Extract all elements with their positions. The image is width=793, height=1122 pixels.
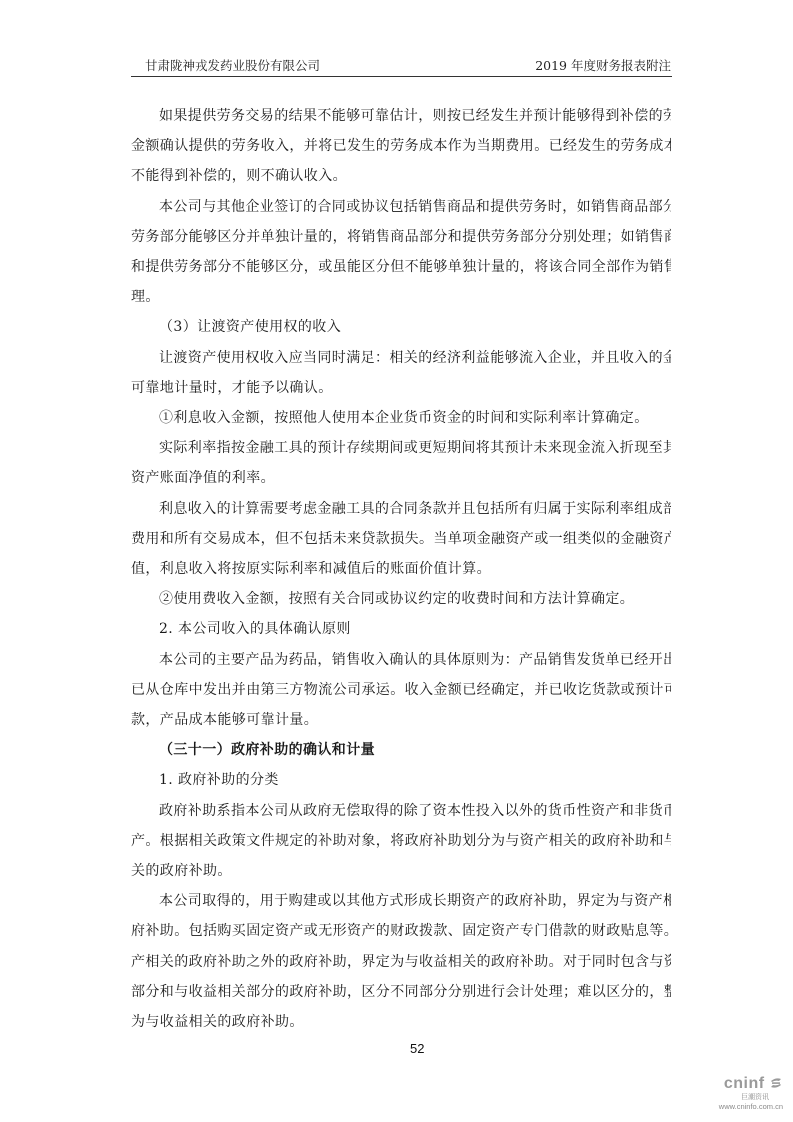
- text-line: 部分和与收益相关部分的政府补助，区分不同部分分别进行会计处理；难以区分的，整体归…: [131, 977, 671, 1007]
- logo-brand: cninf: [724, 1075, 765, 1092]
- paragraph: （3）让渡资产使用权的收入: [131, 312, 671, 342]
- cninfo-swirl-icon: [769, 1077, 783, 1089]
- text-line: 政府补助系指本公司从政府无偿取得的除了资本性投入以外的货币性资产和非货币性资: [131, 796, 671, 826]
- header-divider: [131, 76, 672, 77]
- paragraph: 实际利率指按金融工具的预计存续期间或更短期间将其预计未来现金流入折现至其金融资产…: [131, 433, 671, 493]
- text-line: （3）让渡资产使用权的收入: [131, 312, 671, 342]
- text-line: 资产账面净值的利率。: [131, 463, 671, 493]
- text-line: 可靠地计量时，才能予以确认。: [131, 373, 671, 403]
- text-line: 费用和所有交易成本，但不包括未来贷款损失。当单项金融资产或一组类似的金融资产发生…: [131, 524, 671, 554]
- paragraph: 本公司的主要产品为药品，销售收入确认的具体原则为：产品销售发货单已经开出，货物已…: [131, 645, 671, 736]
- text-line: ②使用费收入金额，按照有关合同或协议约定的收费时间和方法计算确定。: [131, 584, 671, 614]
- text-line: 关的政府补助。: [131, 856, 671, 886]
- text-line: ①利息收入金额，按照他人使用本企业货币资金的时间和实际利率计算确定。: [131, 403, 671, 433]
- text-line: 值，利息收入将按原实际利率和减值后的账面价值计算。: [131, 554, 671, 584]
- logo-chinese-name: 巨潮资讯: [719, 1093, 769, 1102]
- paragraph: 利息收入的计算需要考虑金融工具的合同条款并且包括所有归属于实际利率组成部分的费用…: [131, 494, 671, 585]
- paragraph: 本公司与其他企业签订的合同或协议包括销售商品和提供劳务时，如销售商品部分和提供劳…: [131, 192, 671, 313]
- page-header: 甘肃陇神戎发药业股份有限公司 2019 年度财务报表附注: [131, 56, 671, 74]
- paragraph: ②使用费收入金额，按照有关合同或协议约定的收费时间和方法计算确定。: [131, 584, 671, 614]
- text-line: 和提供劳务部分不能够区分，或虽能区分但不能够单独计量的，将该合同全部作为销售商品…: [131, 252, 671, 282]
- text-line: 已从仓库中发出并由第三方物流公司承运。收入金额已经确定，并已收讫货款或预计可收回…: [131, 675, 671, 705]
- text-line: 本公司取得的，用于购建或以其他方式形成长期资产的政府补助，界定为与资产相关的政: [131, 886, 671, 916]
- paragraph: 让渡资产使用权收入应当同时满足：相关的经济利益能够流入企业，并且收入的金额能够可…: [131, 343, 671, 403]
- text-line: 款，产品成本能够可靠计量。: [131, 705, 671, 735]
- text-line: 让渡资产使用权收入应当同时满足：相关的经济利益能够流入企业，并且收入的金额能够: [131, 343, 671, 373]
- page-number: 52: [410, 1041, 424, 1056]
- text-line: 利息收入的计算需要考虑金融工具的合同条款并且包括所有归属于实际利率组成部分的: [131, 494, 671, 524]
- text-line: 劳务部分能够区分并单独计量的，将销售商品部分和提供劳务部分分别处理；如销售商品部…: [131, 222, 671, 252]
- paragraph: 2. 本公司收入的具体确认原则: [131, 614, 671, 644]
- paragraph: ①利息收入金额，按照他人使用本企业货币资金的时间和实际利率计算确定。: [131, 403, 671, 433]
- paragraph: 1. 政府补助的分类: [131, 765, 671, 795]
- text-line: 如果提供劳务交易的结果不能够可靠估计，则按已经发生并预计能够得到补偿的劳务成本: [131, 101, 671, 131]
- company-name: 甘肃陇神戎发药业股份有限公司: [145, 56, 320, 74]
- cninfo-logo: cninf 巨潮资讯 www.cninfo.com.cn: [719, 1075, 783, 1111]
- text-line: 金额确认提供的劳务收入，并将已发生的劳务成本作为当期费用。已经发生的劳务成本如预…: [131, 131, 671, 161]
- text-line: 本公司与其他企业签订的合同或协议包括销售商品和提供劳务时，如销售商品部分和提供: [131, 192, 671, 222]
- paragraph: 本公司取得的，用于购建或以其他方式形成长期资产的政府补助，界定为与资产相关的政府…: [131, 886, 671, 1037]
- paragraph: 政府补助系指本公司从政府无偿取得的除了资本性投入以外的货币性资产和非货币性资产。…: [131, 796, 671, 887]
- report-title: 2019 年度财务报表附注: [535, 56, 671, 74]
- text-line: 1. 政府补助的分类: [131, 765, 671, 795]
- text-line: 理。: [131, 282, 671, 312]
- text-line: 2. 本公司收入的具体确认原则: [131, 614, 671, 644]
- text-line: 不能得到补偿的，则不确认收入。: [131, 161, 671, 191]
- text-line: 本公司的主要产品为药品，销售收入确认的具体原则为：产品销售发货单已经开出，货物: [131, 645, 671, 675]
- text-line: 为与收益相关的政府补助。: [131, 1007, 671, 1037]
- text-line: 产相关的政府补助之外的政府补助，界定为与收益相关的政府补助。对于同时包含与资产相…: [131, 947, 671, 977]
- paragraph: 如果提供劳务交易的结果不能够可靠估计，则按已经发生并预计能够得到补偿的劳务成本金…: [131, 101, 671, 192]
- document-body: 如果提供劳务交易的结果不能够可靠估计，则按已经发生并预计能够得到补偿的劳务成本金…: [131, 101, 671, 1037]
- logo-url: www.cninfo.com.cn: [719, 1102, 783, 1111]
- text-line: 实际利率指按金融工具的预计存续期间或更短期间将其预计未来现金流入折现至其金融: [131, 433, 671, 463]
- text-line: 府补助。包括购买固定资产或无形资产的财政拨款、固定资产专门借款的财政贴息等。除与…: [131, 916, 671, 946]
- text-line: （三十一）政府补助的确认和计量: [131, 735, 671, 765]
- section-heading: （三十一）政府补助的确认和计量: [131, 735, 671, 765]
- text-line: 产。根据相关政策文件规定的补助对象，将政府补助划分为与资产相关的政府补助和与收益…: [131, 826, 671, 856]
